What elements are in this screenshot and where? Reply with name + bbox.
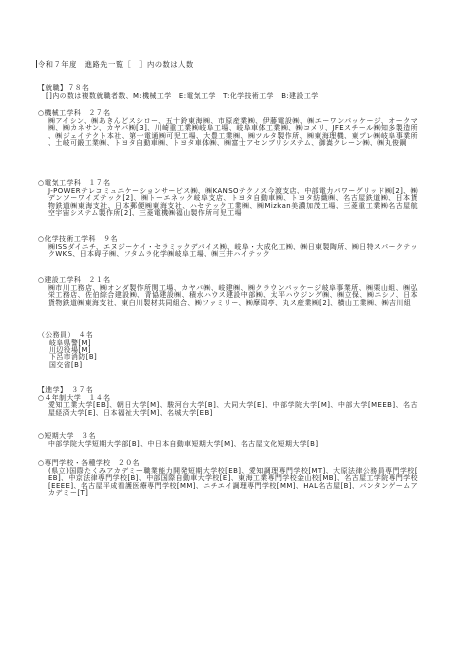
dept-civil: ○建設工学科 ２１名 ㈱市川工務店、㈱オンダ製作所関工場、カヤバ㈱、岐建㈱、㈱ク… (38, 277, 418, 307)
junior-college-section: ○短期大学 ３名 中部学院大学短期大学部[B]、中日本自動車短期大学[M]、名古… (38, 433, 418, 448)
public-service-item: 岐阜県警[M] (38, 340, 418, 347)
vocational-school-section: ○専門学校・各種学校 ２０名 (県立)国際たくみアカデミー職業能力開発短期大学校… (38, 460, 418, 498)
employment-legend-note: []内の数は複数就職者数、M:機械工学 E:電気工学 T:化学技術工学 B:建設… (38, 93, 418, 101)
dept-mechanical: ○機械工学科 ２７名 ㈱アイシン、㈱あきんどスシロー、五十鈴東海㈱、市原産業㈱、… (38, 110, 418, 148)
document-title: 令和７年度 進路先一覧［ ］内の数は人数 (36, 60, 194, 70)
public-service-section: （公務員） ４名 岐阜県警[M] 川辺役場[M] 下呂市消防[B] 国交省[B] (38, 332, 418, 369)
further-education-section: 【進学】 ３７名 ○４年制大学 １４名 愛知工業大学[EB]、朝日大学[M]、駿… (38, 387, 418, 417)
dept-chemical: ○化学技術工学科 ９名 ㈱ISSダイニチ、エヌジーケイ・セラミックデバイス㈱、岐… (38, 236, 418, 259)
title-text: 令和７年度 進路先一覧［ ］内の数は人数 (38, 60, 194, 69)
document-page: 令和７年度 進路先一覧［ ］内の数は人数 【就職】７８名 []内の数は複数就職者… (0, 0, 452, 645)
dept-employer-list: ㈱ISSダイニチ、エヌジーケイ・セラミックデバイス㈱、岐阜・大成化工㈱、㈱日東製… (38, 244, 418, 259)
public-service-item: 下呂市消防[B] (38, 354, 418, 361)
public-service-item: 国交省[B] (38, 362, 418, 369)
school-list: 中部学院大学短期大学部[B]、中日本自動車短期大学[M]、名古屋文化短期大学[B… (38, 441, 418, 449)
public-service-heading: （公務員） ４名 (38, 332, 418, 340)
dept-employer-list: J-POWERテレコミュニケーションサービス㈱、㈱KANSOテクノス今渡支店、中… (38, 188, 418, 218)
dept-employer-list: ㈱アイシン、㈱あきんどスシロー、五十鈴東海㈱、市原産業㈱、伊藤電設㈱、㈱エーワン… (38, 118, 418, 148)
text-cursor (36, 60, 37, 68)
dept-employer-list: ㈱市川工務店、㈱オンダ製作所関工場、カヤバ㈱、岐建㈱、㈱クラウンパッケージ岐阜事… (38, 285, 418, 308)
school-list: (県立)国際たくみアカデミー職業能力開発短期大学校[EB]、愛知調理専門学校[M… (38, 468, 418, 498)
school-list: 愛知工業大学[EB]、朝日大学[M]、駿河台大学[B]、大同大学[E]、中部学院… (38, 402, 418, 417)
employment-section: 【就職】７８名 []内の数は複数就職者数、M:機械工学 E:電気工学 T:化学技… (38, 85, 418, 100)
dept-electrical: ○電気工学科 １７名 J-POWERテレコミュニケーションサービス㈱、㈱KANS… (38, 180, 418, 218)
